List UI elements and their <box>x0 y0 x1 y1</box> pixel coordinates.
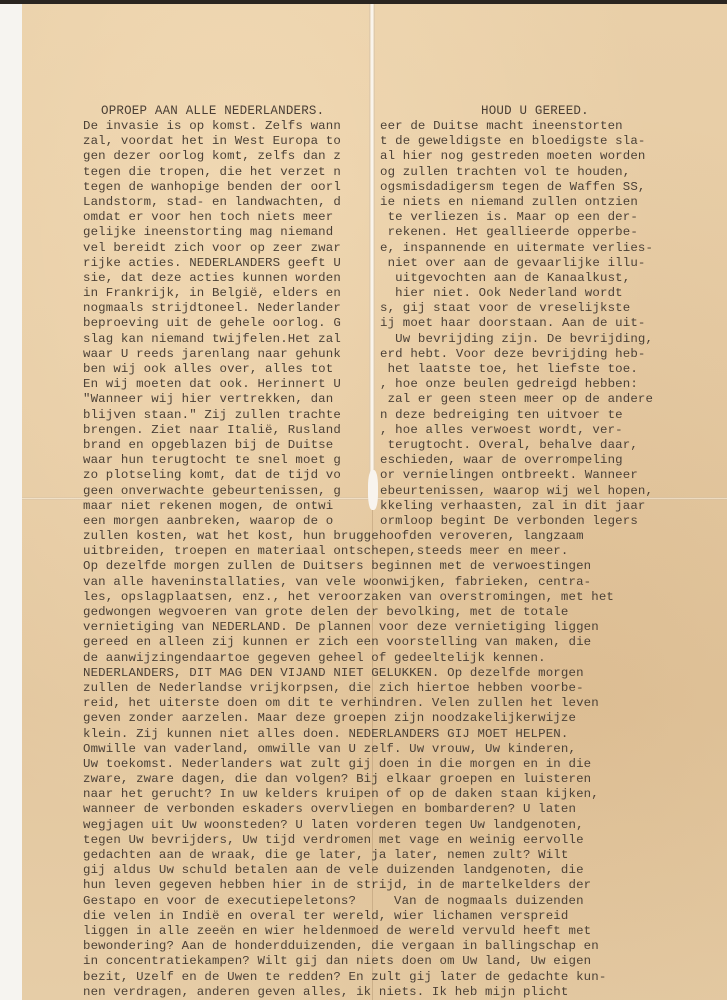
full-text-block: zullen kosten, wat het kost, hun bruggeh… <box>83 529 703 1000</box>
text-line-right: e, inspannende en uitermate verlies- <box>380 241 653 256</box>
text-line: gedachten aan de wraak, die ge later, ja… <box>83 848 703 863</box>
text-line-left: een morgen aanbreken, waarop de o <box>83 514 377 529</box>
text-line: "Wanneer wij hier vertrekken, dan zal er… <box>83 392 703 407</box>
text-line-left: slag kan niemand twijfelen.Het zal <box>83 332 377 347</box>
text-line-right: , hoe alles verwoest wordt, ver- <box>380 423 623 438</box>
text-line-left: gen dezer oorlog komt, zelfs dan z <box>83 149 377 164</box>
text-line: brand en opgeblazen bij de Duitse terugt… <box>83 438 703 453</box>
text-line-right: al hier nog gestreden moeten worden <box>380 149 646 164</box>
text-line: brengen. Ziet naar Italië, Rusland, hoe … <box>83 423 703 438</box>
text-line: De invasie is op komst. Zelfs wanneer de… <box>83 119 703 134</box>
text-line: liggen in alle zeeën en wier heldenmoed … <box>83 924 703 939</box>
text-line: waar hun terugtocht te snel moet geschie… <box>83 453 703 468</box>
text-line: naar het gerucht? In uw kelders kruipen … <box>83 787 703 802</box>
text-line-left: nogmaals strijdtoneel. Nederlander <box>83 301 377 316</box>
text-line-right: kkeling verhaasten, zal in dit jaar <box>380 499 646 514</box>
text-line: een morgen aanbreken, waarop de oormloop… <box>83 514 703 529</box>
text-line: slag kan niemand twijfelen.Het zal Uw be… <box>83 332 703 347</box>
text-line: geven zonder aarzelen. Maar deze groepen… <box>83 711 703 726</box>
text-line: geen onverwachte gebeurtenissen, gebeurt… <box>83 484 703 499</box>
text-line-right: s, gij staat voor de vreselijkste <box>380 301 630 316</box>
text-line-left: waar U reeds jarenlang naar gehunk <box>83 347 377 362</box>
text-line: zullen kosten, wat het kost, hun bruggeh… <box>83 529 703 544</box>
text-line: gedwongen wegvoeren van grote delen der … <box>83 605 703 620</box>
text-line-left: waar hun terugtocht te snel moet g <box>83 453 377 468</box>
text-line: klein. Zij kunnen niet alles doen. NEDER… <box>83 727 703 742</box>
text-line: bezit, Uzelf en de Uwen te redden? En zu… <box>83 970 703 985</box>
text-line-left: gelijke ineenstorting mag niemand <box>83 225 377 240</box>
text-line: nogmaals strijdtoneel. Nederlanders, gij… <box>83 301 703 316</box>
text-line: uitbreiden, troepen en materiaal ontsche… <box>83 544 703 559</box>
text-line-left: geen onverwachte gebeurtenissen, g <box>83 484 377 499</box>
scan-margin <box>0 0 22 1000</box>
text-line-left: De invasie is op komst. Zelfs wann <box>83 119 377 134</box>
text-line-left: En wij moeten dat ook. Herinnert U <box>83 377 377 392</box>
text-line: waar U reeds jarenlang naar gehunkerd he… <box>83 347 703 362</box>
text-line-left: zo plotseling komt, dat de tijd vo <box>83 468 377 483</box>
text-line: hun leven gegeven hebben hier in de stri… <box>83 878 703 893</box>
text-line-left: brengen. Ziet naar Italië, Rusland <box>83 423 377 438</box>
text-line: zal, voordat het in West Europa tot de g… <box>83 134 703 149</box>
text-line-right: uitgevochten aan de Kanaalkust, <box>380 271 630 286</box>
text-line-left: rijke acties. NEDERLANDERS geeft U <box>83 256 377 271</box>
text-line-left: ben wij ook alles over, alles tot <box>83 362 377 377</box>
text-line: gelijke ineenstorting mag niemand rekene… <box>83 225 703 240</box>
text-line: vel bereidt zich voor op zeer zware, ins… <box>83 241 703 256</box>
text-line: vernietiging van NEDERLAND. De plannen v… <box>83 620 703 635</box>
text-line: sie, dat deze acties kunnen worden uitge… <box>83 271 703 286</box>
text-line-right: eschieden, waar de overrompeling <box>380 453 623 468</box>
text-line-right: erd hebt. Voor deze bevrijding heb- <box>380 347 646 362</box>
text-line: tegen die tropen, die het verzet nog zul… <box>83 165 703 180</box>
text-line: wegjagen uit Uw woonsteden? U laten vord… <box>83 818 703 833</box>
text-line: tegen Uw bevrijders, Uw tijd verdromen m… <box>83 833 703 848</box>
text-line-right: ij moet haar doorstaan. Aan de uit- <box>380 316 646 331</box>
text-line-right: ie niets en niemand zullen ontzien <box>380 195 638 210</box>
text-line-right: eer de Duitse macht ineenstorten <box>380 119 623 134</box>
text-line: Uw toekomst. Nederlanders wat zult gij d… <box>83 757 703 772</box>
text-line-right: og zullen trachten vol te houden, <box>380 165 630 180</box>
text-line: tegen de wanhopige benden der oorlogsmis… <box>83 180 703 195</box>
text-line-right: Uw bevrijding zijn. De bevrijding, <box>380 332 653 347</box>
text-line-right: niet over aan de gevaarlijke illu- <box>380 256 646 271</box>
text-line: bewondering? Aan de honderdduizenden, di… <box>83 939 703 954</box>
text-line-right: , hoe onze beulen gedreigd hebben: <box>380 377 638 392</box>
text-line-left: sie, dat deze acties kunnen worden <box>83 271 377 286</box>
text-line: Landstorm, stad- en landwachten, die nie… <box>83 195 703 210</box>
text-line: in concentratiekampen? Wilt gij dan niet… <box>83 954 703 969</box>
text-line: nen verdragen, anderen geven alles, ik n… <box>83 985 703 1000</box>
split-text-block: De invasie is op komst. Zelfs wanneer de… <box>83 119 703 529</box>
text-line-left: beproeving uit de gehele oorlog. G <box>83 316 377 331</box>
text-line: zo plotseling komt, dat de tijd voor ver… <box>83 468 703 483</box>
text-line: blijven staan." Zij zullen trachten deze… <box>83 408 703 423</box>
text-line-right: zal er geen steen meer op de andere <box>380 392 653 407</box>
text-line-right: het laatste toe, het liefste toe. <box>380 362 638 377</box>
text-line: zullen de Nederlandse vrijkorpsen, die z… <box>83 681 703 696</box>
text-line: reid, het uiterste doen om dit te verhin… <box>83 696 703 711</box>
text-line: les, opslagplaatsen, enz., het veroorzak… <box>83 590 703 605</box>
text-line-left: brand en opgeblazen bij de Duitse <box>83 438 377 453</box>
text-line-right: or vernielingen ontbreekt. Wanneer <box>380 468 638 483</box>
text-line-right: ebeurtenissen, waarop wij wel hopen, <box>380 484 653 499</box>
text-line-left: "Wanneer wij hier vertrekken, dan <box>83 392 377 407</box>
text-line: die velen in Indië en overal ter wereld,… <box>83 909 703 924</box>
text-line-left: Landstorm, stad- en landwachten, d <box>83 195 377 210</box>
text-line: gen dezer oorlog komt, zelfs dan zal hie… <box>83 149 703 164</box>
heading-left: OPROEP AAN ALLE NEDERLANDERS. <box>101 104 324 118</box>
text-line: Gestapo en voor de executiepeletons? Van… <box>83 894 703 909</box>
text-line: maar niet rekenen mogen, de ontwikkeling… <box>83 499 703 514</box>
text-line-right: t de geweldigste en bloedigste sla- <box>380 134 646 149</box>
text-line: NEDERLANDERS, DIT MAG DEN VIJAND NIET GE… <box>83 666 703 681</box>
text-line: rijke acties. NEDERLANDERS geeft U niet … <box>83 256 703 271</box>
text-line-right: ogsmisdadigersm tegen de Waffen SS, <box>380 180 646 195</box>
text-line: zware, zware dagen, die dan volgen? Bij … <box>83 772 703 787</box>
text-line-right: hier niet. Ook Nederland wordt <box>380 286 623 301</box>
text-line: En wij moeten dat ook. Herinnert U, hoe … <box>83 377 703 392</box>
text-line-left: vel bereidt zich voor op zeer zwar <box>83 241 377 256</box>
text-line: in Frankrijk, in België, elders en hier … <box>83 286 703 301</box>
text-line: wanneer de verbonden eskaders overvliege… <box>83 802 703 817</box>
text-line-left: zal, voordat het in West Europa to <box>83 134 377 149</box>
typed-letter-body: De invasie is op komst. Zelfs wanneer de… <box>83 119 703 1000</box>
text-line: beproeving uit de gehele oorlog. Gij moe… <box>83 316 703 331</box>
text-line: de aanwijzingendaartoe gegeven geheel of… <box>83 651 703 666</box>
text-line: Omwille van vaderland, omwille van U zel… <box>83 742 703 757</box>
heading-right: HOUD U GEREED. <box>481 104 589 118</box>
text-line-right: n deze bedreiging ten uitvoer te <box>380 408 623 423</box>
text-line: gij aldus Uw schuld betalen aan de vele … <box>83 863 703 878</box>
text-line-right: rekenen. Het geallieerde opperbe- <box>380 225 638 240</box>
text-line-left: omdat er voor hen toch niets meer <box>83 210 377 225</box>
text-line-left: in Frankrijk, in België, elders en <box>83 286 377 301</box>
text-line: gereed en alleen zij kunnen er zich een … <box>83 635 703 650</box>
text-line: omdat er voor hen toch niets meer te ver… <box>83 210 703 225</box>
text-line: Op dezelfde morgen zullen de Duitsers be… <box>83 559 703 574</box>
text-line: ben wij ook alles over, alles tot het la… <box>83 362 703 377</box>
text-line-left: maar niet rekenen mogen, de ontwi <box>83 499 377 514</box>
text-line-right: terugtocht. Overal, behalve daar, <box>380 438 638 453</box>
text-line-left: tegen die tropen, die het verzet n <box>83 165 377 180</box>
text-line-left: blijven staan." Zij zullen trachte <box>83 408 377 423</box>
text-line-left: tegen de wanhopige benden der oorl <box>83 180 377 195</box>
text-line-right: te verliezen is. Maar op een der- <box>380 210 638 225</box>
text-line: van alle haveninstallaties, van vele woo… <box>83 575 703 590</box>
text-line-right: ormloop begint De verbonden legers <box>380 514 638 529</box>
